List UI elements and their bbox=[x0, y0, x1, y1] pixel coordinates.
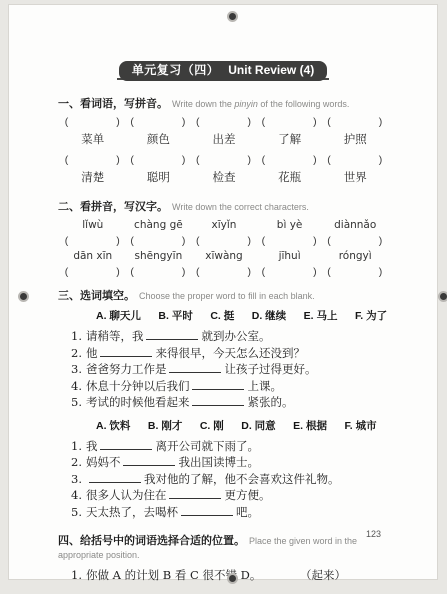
paren-row: ( )( )( )( )( ) bbox=[62, 116, 386, 128]
word-cell: 颜色 bbox=[128, 131, 190, 147]
sentence-text: 上课。 bbox=[247, 379, 282, 393]
sentence-number: 3. bbox=[71, 362, 82, 376]
sentence-text: 来得很早，今天怎么还没到？ bbox=[155, 346, 305, 360]
answer-paren-blank: ( ) bbox=[128, 266, 190, 278]
answer-paren-blank: ( ) bbox=[193, 235, 255, 247]
fill-blank bbox=[181, 504, 233, 516]
sentence-number: 4. bbox=[71, 488, 82, 502]
word-bank: A. 饮料 B. 刚才 C. 刚 D. 同意 E. 根据 F. 城市 bbox=[58, 418, 390, 433]
page-title-english: Unit Review (4) bbox=[228, 63, 314, 77]
fill-blank bbox=[169, 487, 221, 499]
answer-paren-blank: ( ) bbox=[193, 154, 255, 166]
pinyin-row: lǐwùchàng gēxīyǐnbì yèdiànnǎo bbox=[62, 219, 386, 232]
exercise-item: 1. 你做 A 的计划 B 看 C 很不错 D。 （起来） bbox=[58, 567, 390, 584]
paren-row: ( )( )( )( )( ) bbox=[62, 154, 386, 166]
pinyin-cell: bì yè bbox=[259, 219, 321, 231]
answer-paren-blank: ( ) bbox=[259, 266, 321, 278]
section-instruction-cn: 看词语，写拼音。 bbox=[80, 98, 168, 110]
word-cell: 菜单 bbox=[62, 131, 124, 147]
fill-blank bbox=[123, 454, 175, 466]
registration-mark-icon bbox=[227, 573, 238, 584]
sentence: 4.休息十分钟以后我们上课。 bbox=[58, 378, 390, 395]
sentence-text: 更方便。 bbox=[224, 488, 270, 502]
answer-paren-blank: ( ) bbox=[324, 116, 386, 128]
section-instruction-cn: 看拼音，写汉字。 bbox=[80, 201, 168, 213]
page-title-chinese: 单元复习（四） bbox=[132, 63, 220, 77]
registration-mark-icon bbox=[438, 291, 447, 302]
sentence: 4.很多人认为住在更方便。 bbox=[58, 487, 390, 504]
sentence: 3.爸爸努力工作是让孩子过得更好。 bbox=[58, 361, 390, 378]
word-cell: 花瓶 bbox=[259, 169, 321, 185]
sentence-text: 妈妈不 bbox=[86, 455, 121, 469]
sentence-text: 吧。 bbox=[236, 505, 259, 519]
answer-paren-blank: ( ) bbox=[193, 116, 255, 128]
word-grid: ( )( )( )( )( )菜单颜色出差了解护照( )( )( )( )( )… bbox=[58, 116, 390, 189]
word-bank: A. 聊天儿 B. 平时 C. 挺 D. 继续 E. 马上 F. 为了 bbox=[58, 308, 390, 323]
word-cell: 清楚 bbox=[62, 169, 124, 185]
section-instruction-en: Write down the correct characters. bbox=[172, 202, 309, 212]
fill-blank bbox=[89, 471, 141, 483]
answer-paren-blank: ( ) bbox=[193, 266, 255, 278]
sentence: 5.考试的时候他看起来紧张的。 bbox=[58, 394, 390, 411]
item-number: 1. bbox=[71, 567, 82, 584]
pinyin-cell: diànnǎo bbox=[324, 219, 386, 231]
section-instruction-cn: 给括号中的词语选择合适的位置。 bbox=[80, 535, 245, 547]
sentence-number: 5. bbox=[71, 395, 82, 409]
pinyin-cell: shēngyīn bbox=[128, 250, 190, 262]
pinyin-grid: lǐwùchàng gēxīyǐnbì yèdiànnǎo( )( )( )( … bbox=[58, 219, 390, 278]
sentence-list: 1.请稍等，我就到办公室。2.他来得很早，今天怎么还没到？3.爸爸努力工作是让孩… bbox=[58, 328, 390, 411]
answer-paren-blank: ( ) bbox=[128, 235, 190, 247]
sentence: 1.请稍等，我就到办公室。 bbox=[58, 328, 390, 345]
sentence: 5.天太热了，去喝杯吧。 bbox=[58, 504, 390, 521]
answer-paren-blank: ( ) bbox=[324, 154, 386, 166]
word-cell: 护照 bbox=[324, 131, 386, 147]
section-fill-blanks: 三、选词填空。Choose the proper word to fill in… bbox=[58, 289, 390, 520]
word-cell: 了解 bbox=[259, 131, 321, 147]
sentence-number: 2. bbox=[71, 346, 82, 360]
section-number: 四、 bbox=[58, 535, 80, 547]
sentence-text: 爸爸努力工作是 bbox=[86, 362, 167, 376]
word-cell: 聪明 bbox=[128, 169, 190, 185]
answer-paren-blank: ( ) bbox=[62, 116, 124, 128]
answer-paren-blank: ( ) bbox=[259, 116, 321, 128]
paren-row: ( )( )( )( )( ) bbox=[62, 235, 386, 247]
fill-blank bbox=[169, 361, 221, 373]
sentence-number: 2. bbox=[71, 455, 82, 469]
sentence-text: 请稍等，我 bbox=[86, 329, 144, 343]
section-heading: 二、看拼音，写汉字。Write down the correct charact… bbox=[58, 200, 390, 214]
sentence-text: 我对他的了解，他不会喜欢这件礼物。 bbox=[144, 472, 340, 486]
sentence: 3.我对他的了解，他不会喜欢这件礼物。 bbox=[58, 471, 390, 488]
sentence-text: 离开公司就下雨了。 bbox=[155, 439, 259, 453]
section-heading: 三、选词填空。Choose the proper word to fill in… bbox=[58, 289, 390, 303]
sentence-text: 我出国读博士。 bbox=[178, 455, 259, 469]
pinyin-row: dān xīnshēngyīnxīwàngjīhuìróngyì bbox=[62, 250, 386, 263]
paren-row: ( )( )( )( )( ) bbox=[62, 266, 386, 278]
sentence-text: 让孩子过得更好。 bbox=[224, 362, 316, 376]
word-cell: 出差 bbox=[193, 131, 255, 147]
fill-blank bbox=[146, 328, 198, 340]
section-number: 三、 bbox=[58, 290, 80, 302]
sentence-text: 很多人认为住在 bbox=[86, 488, 167, 502]
answer-paren-blank: ( ) bbox=[324, 235, 386, 247]
sentence-text: 天太热了，去喝杯 bbox=[86, 505, 178, 519]
fill-blank bbox=[192, 394, 244, 406]
section-number: 二、 bbox=[58, 201, 80, 213]
pinyin-cell: róngyì bbox=[324, 250, 386, 262]
pinyin-cell: xīwàng bbox=[193, 250, 255, 262]
sentence-number: 1. bbox=[71, 439, 82, 453]
word-row: 菜单颜色出差了解护照 bbox=[62, 131, 386, 151]
sentence-number: 3. bbox=[71, 472, 82, 486]
fill-blank bbox=[192, 378, 244, 390]
sentence-text: 他 bbox=[86, 346, 98, 360]
sentence-text: 紧张的。 bbox=[247, 395, 293, 409]
answer-paren-blank: ( ) bbox=[62, 154, 124, 166]
answer-paren-blank: ( ) bbox=[128, 116, 190, 128]
section-heading: 一、看词语，写拼音。Write down the pinyin of the f… bbox=[58, 97, 390, 111]
answer-paren-blank: ( ) bbox=[259, 235, 321, 247]
section-character-writing: 二、看拼音，写汉字。Write down the correct charact… bbox=[58, 200, 390, 278]
word-row: 清楚聪明检查花瓶世界 bbox=[62, 169, 386, 189]
registration-mark-icon bbox=[227, 11, 238, 22]
given-word: （起来） bbox=[300, 567, 346, 584]
page-title: 单元复习（四）Unit Review (4) bbox=[119, 61, 328, 81]
section-instruction-cn: 选词填空。 bbox=[80, 290, 135, 302]
fill-blank bbox=[100, 438, 152, 450]
answer-paren-blank: ( ) bbox=[62, 266, 124, 278]
page-number: 123 bbox=[366, 529, 381, 539]
section-heading: 四、给括号中的词语选择合适的位置。Place the given word in… bbox=[58, 534, 390, 562]
sentence-number: 5. bbox=[71, 505, 82, 519]
word-cell: 世界 bbox=[324, 169, 386, 185]
answer-paren-blank: ( ) bbox=[128, 154, 190, 166]
fill-blank bbox=[100, 345, 152, 357]
pinyin-cell: jīhuì bbox=[259, 250, 321, 262]
sentence-text: 就到办公室。 bbox=[201, 329, 270, 343]
pinyin-cell: dān xīn bbox=[62, 250, 124, 262]
worksheet-content: 一、看词语，写拼音。Write down the pinyin of the f… bbox=[58, 97, 390, 594]
section-number: 一、 bbox=[58, 98, 80, 110]
section-word-position: 四、给括号中的词语选择合适的位置。Place the given word in… bbox=[58, 534, 390, 584]
sentence: 2.他来得很早，今天怎么还没到？ bbox=[58, 345, 390, 362]
answer-paren-blank: ( ) bbox=[324, 266, 386, 278]
pinyin-cell: lǐwù bbox=[62, 219, 124, 231]
pinyin-cell: chàng gē bbox=[128, 219, 190, 231]
registration-mark-icon bbox=[18, 291, 29, 302]
sentence-text: 休息十分钟以后我们 bbox=[86, 379, 190, 393]
section-instruction-en: Write down the pinyin of the following w… bbox=[172, 99, 349, 109]
worksheet-page: 单元复习（四）Unit Review (4) 一、看词语，写拼音。Write d… bbox=[8, 4, 438, 580]
sentence-list: 1.我离开公司就下雨了。2.妈妈不我出国读博士。3.我对他的了解，他不会喜欢这件… bbox=[58, 438, 390, 521]
sentence-number: 4. bbox=[71, 379, 82, 393]
pinyin-cell: xīyǐn bbox=[193, 219, 255, 231]
section-instruction-en: Choose the proper word to fill in each b… bbox=[139, 291, 315, 301]
word-cell: 检查 bbox=[193, 169, 255, 185]
sentence-text: 考试的时候他看起来 bbox=[86, 395, 190, 409]
sentence-text: 我 bbox=[86, 439, 98, 453]
title-band: 单元复习（四）Unit Review (4) bbox=[9, 61, 437, 85]
answer-paren-blank: ( ) bbox=[259, 154, 321, 166]
sentence: 1.我离开公司就下雨了。 bbox=[58, 438, 390, 455]
sentence-number: 1. bbox=[71, 329, 82, 343]
sentence: 2.妈妈不我出国读博士。 bbox=[58, 454, 390, 471]
section-pinyin-writing: 一、看词语，写拼音。Write down the pinyin of the f… bbox=[58, 97, 390, 189]
answer-paren-blank: ( ) bbox=[62, 235, 124, 247]
